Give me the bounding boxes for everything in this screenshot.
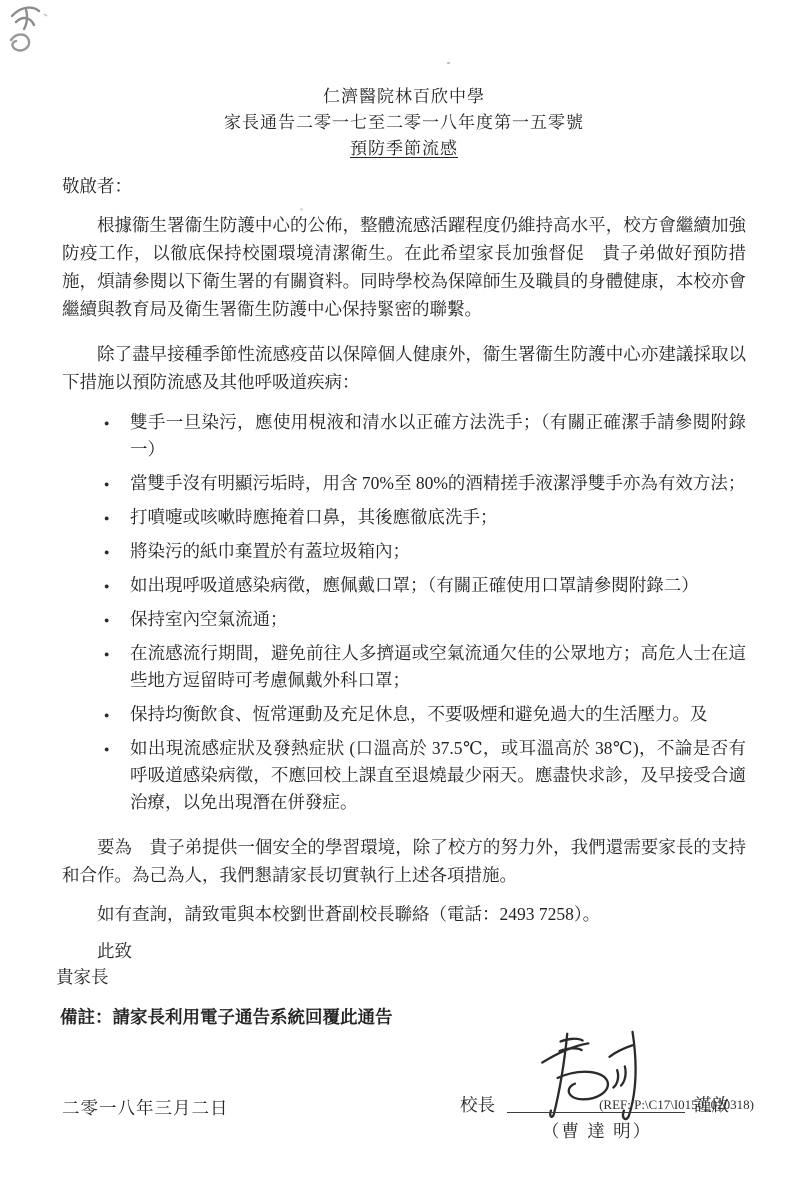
- notice-subject: 預防季節流感: [62, 136, 746, 162]
- precaution-item: 如出現呼吸道感染病徵，應佩戴口罩；（有關正確使用口罩請參閱附錄二）: [100, 572, 746, 599]
- precaution-item: 在流感流行期間，避免前往人多擠逼或空氣流通欠佳的公眾地方；高危人士在這些地方逗留…: [100, 640, 746, 694]
- precaution-item: 雙手一旦染污，應使用梘液和清水以正確方法洗手；（有關正確潔手請參閱附錄一）: [100, 409, 746, 463]
- notice-header: 仁濟醫院林百欣中學 家長通告二零一七至二零一八年度第一五零號 預防季節流感: [62, 84, 746, 162]
- valediction-salute: 此致: [62, 938, 746, 964]
- paragraph-closing: 要為 貴子弟提供一個安全的學習環境，除了校方的努力外，我們還需要家長的支持和合作…: [62, 833, 746, 889]
- precaution-item: 如出現流感症狀及發熱症狀 (口溫高於 37.5℃，或耳溫高於 38℃)，不論是否…: [100, 735, 746, 816]
- school-name: 仁濟醫院林百欣中學: [62, 84, 746, 110]
- scan-speck: [300, 208, 303, 211]
- notice-date: 二零一八年三月二日: [62, 1095, 229, 1120]
- scan-speck: [447, 62, 450, 64]
- paragraph-enquiry: 如有查詢，請致電與本校劉世蒼副校長聯絡（電話：2493 7258）。: [62, 900, 746, 928]
- notice-number: 家長通告二零一七至二零一八年度第一五零號: [62, 110, 746, 136]
- precaution-item: 將染污的紙巾棄置於有蓋垃圾箱內；: [100, 538, 746, 565]
- scan-artifact-mark: [4, 2, 74, 62]
- valediction-recipient: 貴家長: [56, 964, 746, 990]
- precaution-list: 雙手一旦染污，應使用梘液和清水以正確方法洗手；（有關正確潔手請參閱附錄一） 當雙…: [62, 409, 746, 816]
- precaution-item: 打噴嚏或咳嗽時應掩着口鼻，其後應徹底洗手；: [100, 504, 746, 531]
- remark-note: 備註：請家長利用電子通告系統回覆此通告: [60, 1004, 746, 1030]
- precaution-item: 保持室內空氣流通；: [100, 606, 746, 633]
- file-reference: (REF: P:\C17\I0150_020318): [599, 1097, 754, 1113]
- precaution-item: 當雙手沒有明顯污垢時，用含 70%至 80%的酒精搓手液潔淨雙手亦為有效方法；: [100, 470, 746, 497]
- paragraph-measures-lead: 除了盡早接種季節性流感疫苗以保障個人健康外，衞生署衞生防護中心亦建議採取以下措施…: [62, 340, 746, 396]
- document-footer: 二零一八年三月二日 (REF: P:\C17\I0150_020318): [62, 1095, 754, 1120]
- parent-notice-document: 仁濟醫院林百欣中學 家長通告二零一七至二零一八年度第一五零號 預防季節流感 敬啟…: [0, 0, 800, 1200]
- precaution-item: 保持均衡飲食、恆常運動及充足休息，不要吸煙和避免過大的生活壓力。及: [100, 701, 746, 728]
- paragraph-intro: 根據衞生署衞生防護中心的公佈，整體流感活躍程度仍維持高水平，校方會繼續加強防疫工…: [62, 211, 746, 323]
- principal-name: （曹 達 明）: [508, 1118, 686, 1143]
- signature-block: 校長 謹啟 （曹 達 明）: [460, 1032, 790, 1144]
- salutation: 敬啟者：: [62, 172, 746, 200]
